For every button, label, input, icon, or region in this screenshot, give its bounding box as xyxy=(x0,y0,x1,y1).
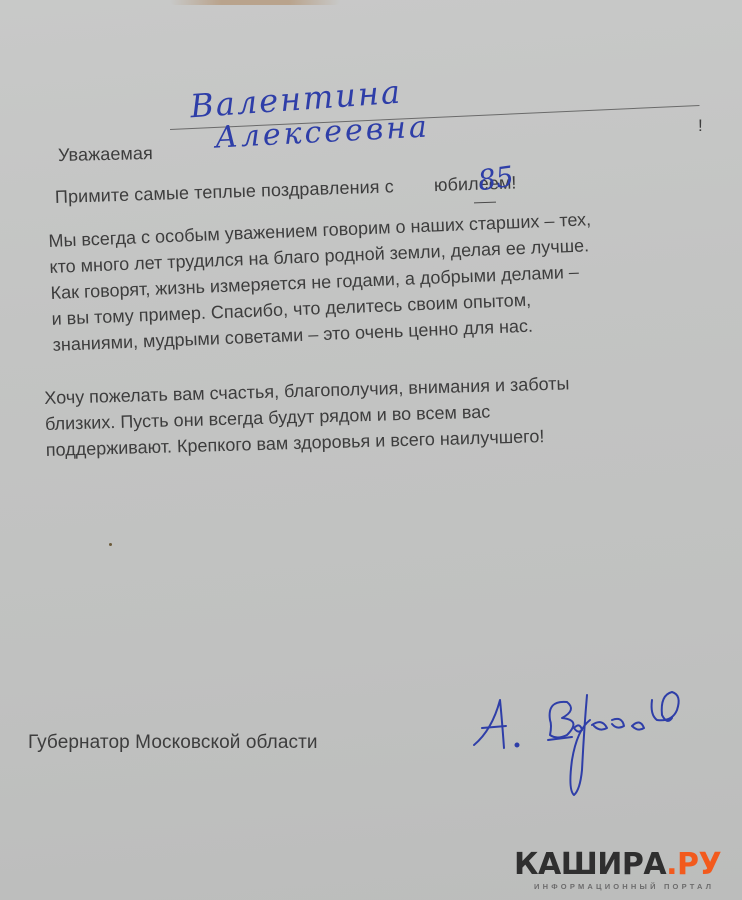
photo-top-edge xyxy=(170,0,340,5)
logo-wordmark: КАШИРА.РУ xyxy=(514,850,721,880)
salutation-exclamation: ! xyxy=(698,116,703,136)
salutation-label: Уважаемая xyxy=(58,143,153,166)
age-fill-line xyxy=(474,202,496,204)
paper-speck xyxy=(109,543,112,546)
logo-brand-dark: КАШИРА xyxy=(514,847,666,882)
kashira-ru-logo: КАШИРА.РУ ИНФОРМАЦИОННЫЙ ПОРТАЛ xyxy=(514,850,721,891)
paragraph-wishes: Хочу пожелать вам счастья, благополучия,… xyxy=(44,370,571,463)
handwritten-signature-icon xyxy=(472,690,712,810)
logo-tagline: ИНФОРМАЦИОННЫЙ ПОРТАЛ xyxy=(534,882,721,891)
logo-brand-accent: .РУ xyxy=(666,847,721,882)
signatory-title: Губернатор Московской области xyxy=(28,732,318,754)
congrats-before: Примите самые теплые поздравления с xyxy=(55,176,394,207)
handwritten-age: 85 xyxy=(476,160,516,198)
congrats-line: Примите самые теплые поздравления с юбил… xyxy=(55,173,517,208)
paragraph-respect: Мы всегда с особым уважением говорим о н… xyxy=(48,206,596,358)
